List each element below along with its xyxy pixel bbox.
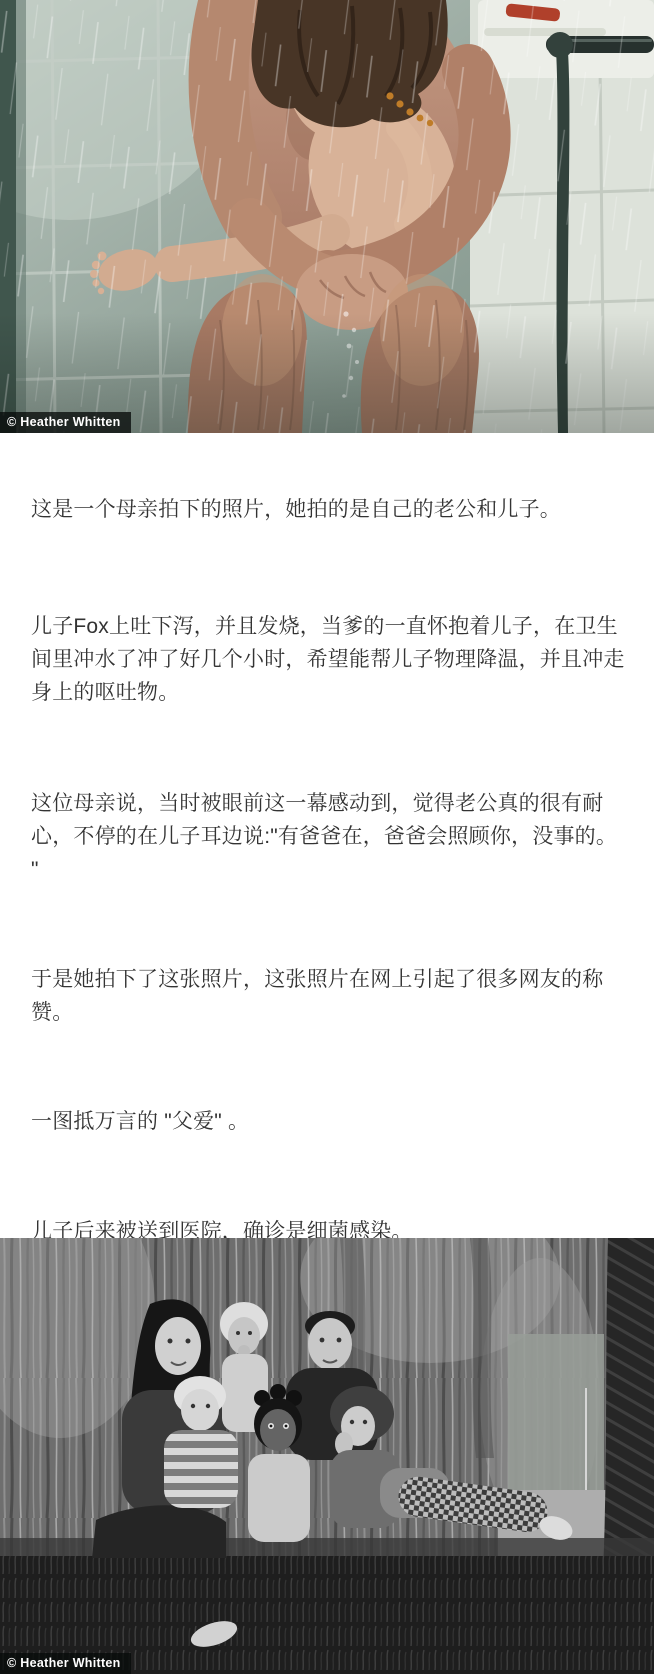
photo-credit-top: © Heather Whitten — [0, 412, 131, 433]
paragraph-2: 儿子Fox上吐下泻，并且发烧，当爹的一直怀抱着儿子，在卫生间里冲水了冲了好几个小… — [31, 610, 628, 709]
mother-face — [155, 1317, 201, 1375]
article-page: © Heather Whitten 这是一个母亲拍下的照片，她拍的是自己的老公和… — [0, 0, 654, 1674]
toddler-face — [181, 1389, 219, 1431]
paragraph-3: 这位母亲说，当时被眼前这一幕感动到，觉得老公真的很有耐心，不停的在儿子耳边说:"… — [31, 787, 628, 886]
photo-family-illustration — [0, 1238, 654, 1674]
paragraph-4: 于是她拍下了这张照片，这张照片在网上引起了很多网友的称赞。 — [31, 963, 628, 1029]
photo-father-shower: © Heather Whitten — [0, 0, 654, 433]
background-wall — [508, 1334, 604, 1496]
paragraph-5: 一图抵万言的 "父爱" 。 — [31, 1105, 628, 1138]
paragraph-1: 这是一个母亲拍下的照片，她拍的是自己的老公和儿子。 — [31, 493, 628, 526]
girl-center-body — [248, 1454, 310, 1542]
girl-center-face — [260, 1409, 296, 1451]
photo-father-shower-illustration — [0, 0, 654, 433]
photo-credit-bottom: © Heather Whitten — [0, 1653, 131, 1674]
photo-family-portrait: © Heather Whitten — [0, 1238, 654, 1674]
toddler-striped-shirt — [164, 1430, 238, 1508]
